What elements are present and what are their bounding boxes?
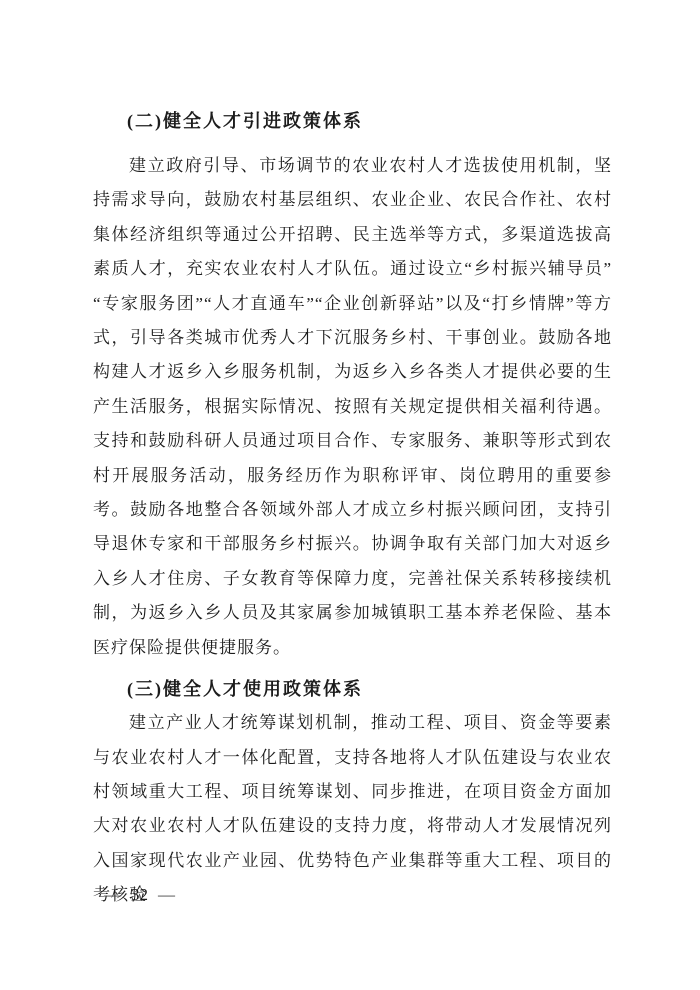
document-page: (二)健全人才引进政策体系 建立政府引导、市场调节的农业农村人才选拔使用机制，坚… [0,0,700,990]
page-content: (二)健全人才引进政策体系 建立政府引导、市场调节的农业农村人才选拔使用机制，坚… [93,104,612,913]
footer-dash-left: — [104,884,121,906]
section-heading-2: (二)健全人才引进政策体系 [93,104,612,138]
page-footer: — 32 — [104,884,175,906]
footer-dash-right: — [158,884,175,906]
page-number: 32 [131,884,148,906]
section-3-paragraph: 建立产业人才统筹谋划机制，推动工程、项目、资金等要素与农业农村人才一体化配置，支… [93,706,612,912]
section-2-paragraph: 建立政府引导、市场调节的农业农村人才选拔使用机制，坚持需求导向，鼓励农村基层组织… [93,149,612,665]
section-heading-3: (三)健全人才使用政策体系 [93,672,612,706]
